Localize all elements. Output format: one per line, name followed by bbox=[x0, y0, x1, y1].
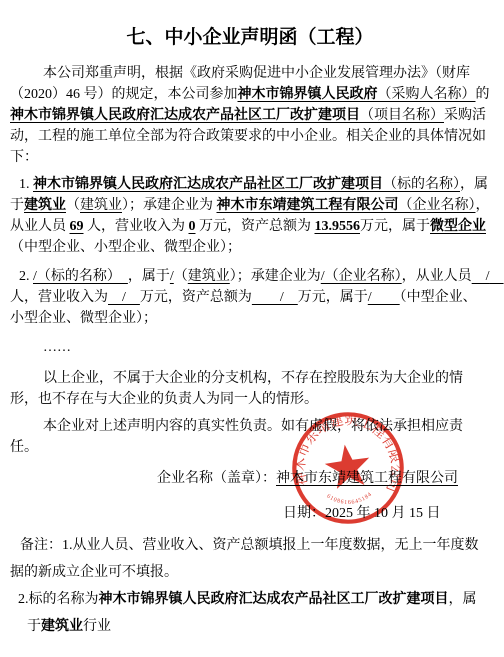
note2-industry: 建筑业 bbox=[41, 619, 83, 634]
item2-company-slot: /（企业名称） bbox=[321, 269, 402, 284]
item1-industry: 建筑业 bbox=[24, 198, 66, 213]
enterprise-item-1: 1. 神木市锦界镇人民政府汇达成农产品社区工厂改扩建项目（标的名称），属于建筑业… bbox=[10, 174, 490, 258]
note-1: 备注：1.从业人员、营业收入、资产总额填报上一年度数据，无上一年度数据的新成立企… bbox=[10, 532, 490, 586]
signature-company-name: 神木市东靖建筑工程有限公司 bbox=[276, 471, 458, 486]
item2-paren-open: （ bbox=[174, 269, 188, 284]
item1-assets-label: 万元，资产总额为 bbox=[196, 219, 315, 234]
item2-size-label: 万元，属于 bbox=[298, 290, 368, 305]
item2-size-slot: / bbox=[368, 290, 400, 305]
item2-belong-text: ，属于 bbox=[128, 269, 170, 284]
item1-revenue-value: 0 bbox=[189, 219, 196, 234]
item1-paren-open: （ bbox=[66, 198, 80, 213]
intro-paragraph: 本公司郑重声明，根据《政府采购促进中小企业发展管理办法》（财库（2020）46 … bbox=[10, 63, 490, 168]
note-2: 2.标的名称为神木市锦界镇人民政府汇达成农产品社区工厂改扩建项目，属于建筑业行业 bbox=[10, 586, 490, 640]
signature-label: 企业名称（盖章）： bbox=[157, 471, 276, 486]
item1-size-options: （中型企业、小型企业、微型企业）； bbox=[10, 240, 241, 255]
buyer-label: （采购人名称） bbox=[378, 87, 476, 102]
note2-lead: 2.标的名称为 bbox=[18, 592, 99, 607]
truthfulness-paragraph: 本企业对上述声明内容的真实性负责。如有虚假，将依法承担相应责任。 bbox=[10, 416, 490, 458]
item2-revenue-label: 人，营业收入为 bbox=[10, 290, 108, 305]
item1-industry-hint: 建筑业 bbox=[80, 198, 122, 213]
item1-number: 1. bbox=[19, 177, 33, 192]
declaration-document: 七、中小企业声明函（工程） 本公司郑重声明，根据《政府采购促进中小企业发展管理办… bbox=[0, 0, 504, 657]
item1-assets-value: 13.9556 bbox=[315, 219, 361, 234]
ellipsis-line: …… bbox=[10, 337, 490, 358]
buyer-name: 神木市锦界镇人民政府 bbox=[238, 87, 378, 102]
item1-company-name: 神木市东靖建筑工程有限公司 bbox=[217, 198, 399, 213]
document-title: 七、中小企业声明函（工程） bbox=[10, 26, 490, 50]
item2-assets-slot: / bbox=[252, 290, 298, 305]
item1-size-label: 万元，属于 bbox=[360, 219, 430, 234]
project-label: （项目名称） bbox=[360, 108, 444, 123]
item1-staff-count: 69 bbox=[70, 219, 84, 234]
item2-number: 2. bbox=[19, 269, 33, 284]
item2-paren-close: ）；承建企业为 bbox=[230, 269, 321, 284]
item2-industry-hint: 建筑业 bbox=[188, 269, 230, 284]
enterprise-item-2: 2. /（标的名称） ，属于/（建筑业）；承建企业为/（企业名称），从业人员 /… bbox=[10, 266, 490, 329]
item1-revenue-label: 人，营业收入为 bbox=[84, 219, 189, 234]
item2-staff-label: ，从业人员 bbox=[402, 269, 472, 284]
item1-company-label: （企业名称） bbox=[399, 198, 476, 213]
branch-statement-paragraph: 以上企业，不属于大企业的分支机构，不存在控股股东为大企业的情形，也不存在与大企业… bbox=[10, 368, 490, 410]
note2-tail: 行业 bbox=[83, 619, 111, 634]
item1-subject-name: 神木市锦界镇人民政府汇达成农产品社区工厂改扩建项目 bbox=[33, 177, 383, 192]
item2-assets-label: 万元，资产总额为 bbox=[140, 290, 252, 305]
date-line: 日期：2025 年 10 月 15 日 bbox=[10, 503, 490, 524]
item2-revenue-slot: / bbox=[108, 290, 140, 305]
intro-connector: 的 bbox=[476, 87, 490, 102]
notes-section: 备注：1.从业人员、营业收入、资产总额填报上一年度数据，无上一年度数据的新成立企… bbox=[10, 532, 490, 640]
item1-size-type: 微型企业 bbox=[430, 219, 486, 234]
signature-line: 企业名称（盖章）：神木市东靖建筑工程有限公司 bbox=[10, 468, 490, 489]
item1-paren-close: ）；承建企业为 bbox=[122, 198, 217, 213]
item2-staff-slot: / bbox=[472, 269, 504, 284]
item2-subject-slot: /（标的名称） bbox=[33, 269, 128, 284]
item1-subject-label: （标的名称） bbox=[383, 177, 460, 192]
note2-project-name: 神木市锦界镇人民政府汇达成农产品社区工厂改扩建项目 bbox=[99, 592, 449, 607]
project-name: 神木市锦界镇人民政府汇达成农产品社区工厂改扩建项目 bbox=[10, 108, 360, 123]
